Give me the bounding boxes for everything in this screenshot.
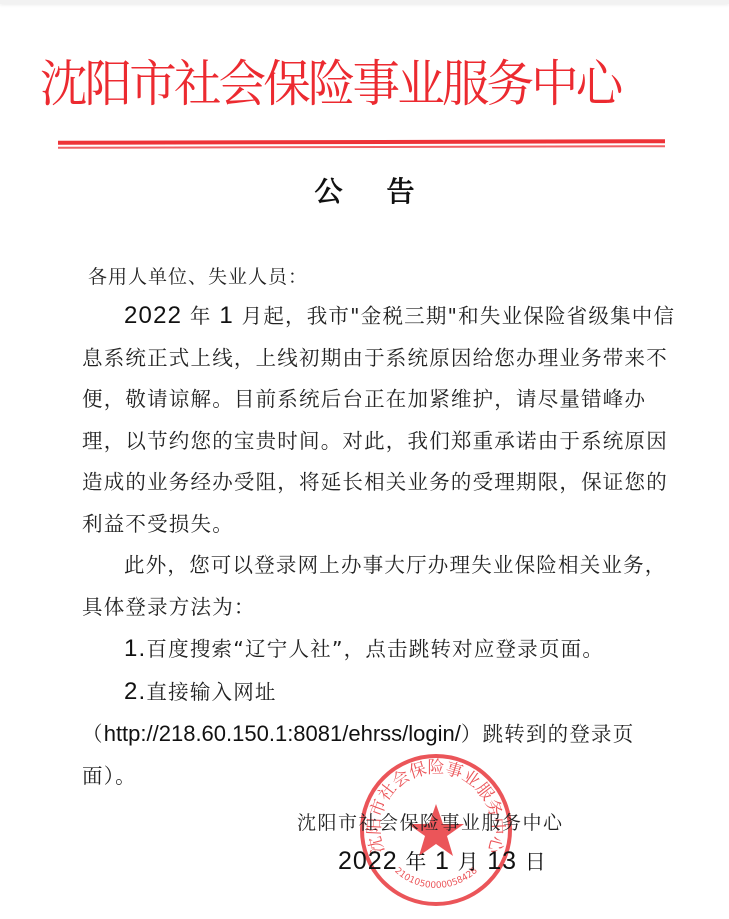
date-day-suffix: 日 bbox=[525, 850, 547, 874]
year-suffix: 年 bbox=[190, 304, 212, 328]
paragraph-system-launch: 2022 年 1 月起，我市"金税三期"和失业保险省级集中信息系统正式上线，上线… bbox=[82, 295, 682, 545]
paragraph-text: 此外，您可以登录网上办事大厅办理失业保险相关业务，具体登录方法为： bbox=[82, 553, 667, 619]
date-month-suffix: 月 bbox=[458, 850, 480, 874]
letterhead-rule-thin bbox=[58, 145, 665, 148]
date-month: 1 bbox=[435, 847, 450, 875]
list-item-url: 2.直接输入网址 bbox=[82, 671, 682, 714]
letterhead-rule-thick bbox=[58, 139, 665, 145]
paragraph-text: 月起，我市"金税三期"和失业保险省级集中信息系统正式上线，上线初期由于系统原因给… bbox=[82, 304, 675, 536]
close-paren: ） bbox=[461, 722, 483, 746]
list-text: 百度搜索“辽宁人社”，点击跳转对应登录页面。 bbox=[146, 637, 604, 661]
salutation: 各用人单位、失业人员： bbox=[88, 262, 308, 289]
date-year: 2022 bbox=[338, 847, 398, 875]
signature-organization: 沈阳市社会保险事业服务中心 bbox=[297, 808, 564, 835]
signature-date: 2022 年 1 月 13 日 bbox=[338, 846, 547, 876]
top-edge-bar bbox=[0, 0, 729, 4]
login-url-link[interactable]: http://218.60.150.1:8081/ehrss/login/ bbox=[104, 721, 461, 746]
date-day: 13 bbox=[487, 847, 517, 875]
date-year-suffix: 年 bbox=[405, 850, 427, 874]
letterhead-title: 沈阳市社会保险事业服务中心 bbox=[40, 52, 648, 116]
list-number: 1. bbox=[124, 635, 146, 662]
paragraph-online-hall: 此外，您可以登录网上办事大厅办理失业保险相关业务，具体登录方法为： bbox=[82, 545, 682, 628]
month-number: 1 bbox=[219, 302, 234, 329]
open-paren: （ bbox=[82, 722, 104, 746]
list-item-baidu: 1.百度搜索“辽宁人社”，点击跳转对应登录页面。 bbox=[82, 628, 682, 671]
list-text: 直接输入网址 bbox=[146, 680, 276, 704]
notice-title: 公告 bbox=[0, 170, 729, 210]
notice-body: 2022 年 1 月起，我市"金税三期"和失业保险省级集中信息系统正式上线，上线… bbox=[82, 295, 682, 797]
year-number: 2022 bbox=[124, 302, 182, 329]
list-number: 2. bbox=[124, 678, 146, 705]
